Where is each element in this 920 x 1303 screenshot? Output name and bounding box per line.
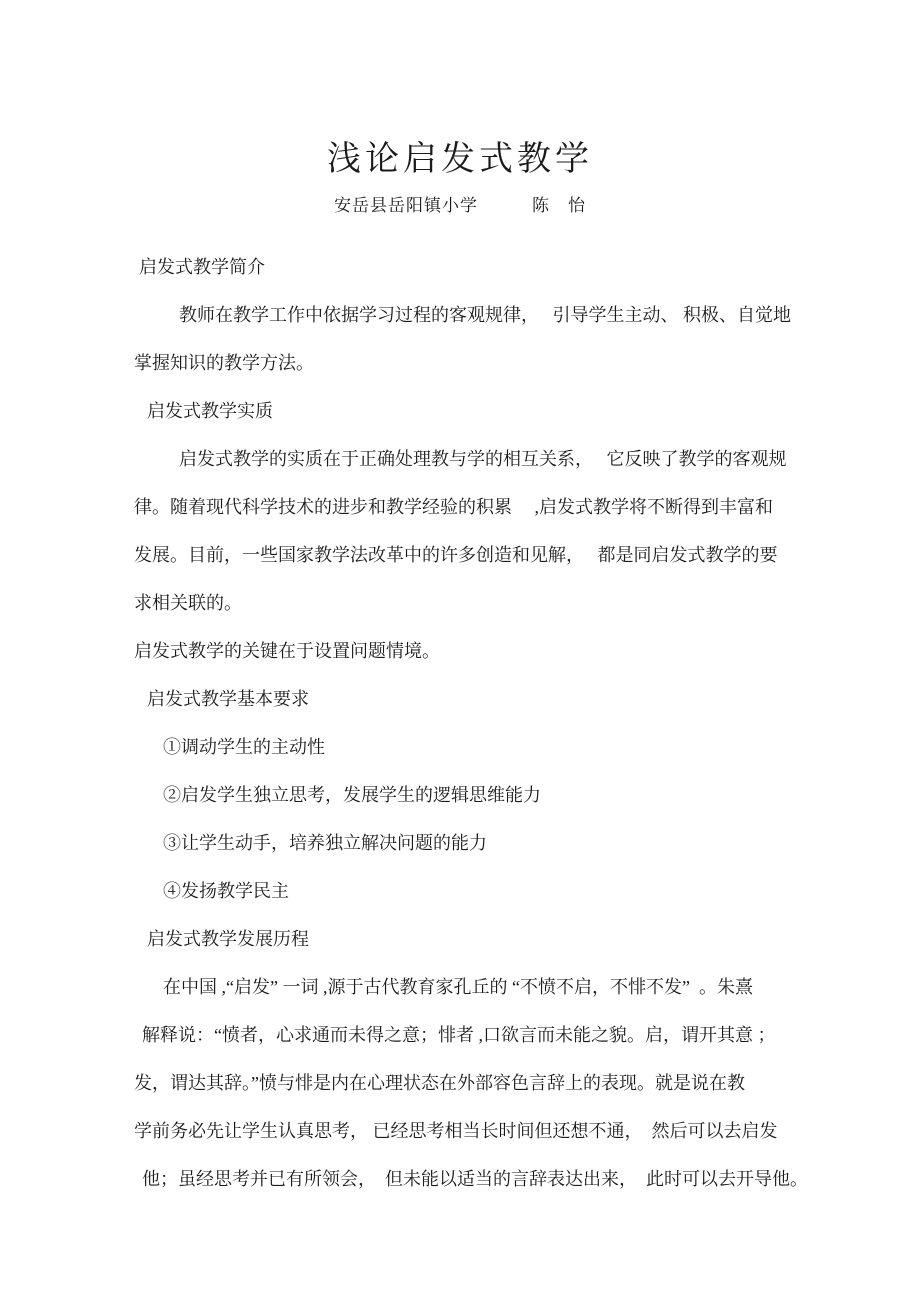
document-page: 浅论启发式教学 安岳县岳阳镇小学 陈 怡 启发式教学简介 教师在教学工作中依据学… (0, 0, 920, 1303)
paragraph-line: 掌握知识的教学方法。 (134, 339, 920, 387)
list-item-1: ①调动学生的主动性 (134, 723, 920, 771)
paragraph-line: 学前务必先让学生认真思考， 已经思考相当长时间但还想不通， 然后可以去启发 (134, 1107, 920, 1155)
section-heading-history: 启发式教学发展历程 (134, 915, 920, 963)
paragraph-line: 解释说：“愤者，心求通而未得之意；悱者 ,口欲言而未能之貌。启，谓开其意 ； (134, 1011, 920, 1059)
paragraph-line: 教师在教学工作中依据学习过程的客观规律， 引导学生主动、 积极、自觉地 (134, 291, 920, 339)
section-heading-requirements: 启发式教学基本要求 (134, 675, 920, 723)
list-item-3: ③让学生动手，培养独立解决问题的能力 (134, 819, 920, 867)
section-heading-intro: 启发式教学简介 (134, 243, 920, 291)
document-byline: 安岳县岳阳镇小学 陈 怡 (0, 191, 920, 216)
section-heading-essence: 启发式教学实质 (134, 387, 920, 435)
paragraph-line: 在中国 ,“启发” 一词 ,源于古代教育家孔丘的 “不愤不启，不悱不发” 。朱熹 (134, 963, 920, 1011)
paragraph-line: 求相关联的。 (134, 579, 920, 627)
paragraph-line: 律。随着现代科学技术的进步和教学经验的积累 ,启发式教学将不断得到丰富和 (134, 483, 920, 531)
paragraph-line: 启发式教学的实质在于正确处理教与学的相互关系， 它反映了教学的客观规 (134, 435, 920, 483)
list-item-4: ④发扬教学民主 (134, 867, 920, 915)
paragraph-line-key-point: 启发式教学的关键在于设置问题情境。 (134, 627, 920, 675)
document-body: 启发式教学简介 教师在教学工作中依据学习过程的客观规律， 引导学生主动、 积极、… (134, 243, 920, 1203)
paragraph-line: 他；虽经思考并已有所领会， 但未能以适当的言辞表达出来， 此时可以去开导他。 (134, 1155, 920, 1203)
paragraph-line: 发展。目前，一些国家教学法改革中的许多创造和见解， 都是同启发式教学的要 (134, 531, 920, 579)
list-item-2: ②启发学生独立思考，发展学生的逻辑思维能力 (134, 771, 920, 819)
paragraph-line: 发，谓达其辞。”愤与悱是内在心理状态在外部容色言辞上的表现。就是说在教 (134, 1059, 920, 1107)
document-title: 浅论启发式教学 (0, 131, 920, 180)
